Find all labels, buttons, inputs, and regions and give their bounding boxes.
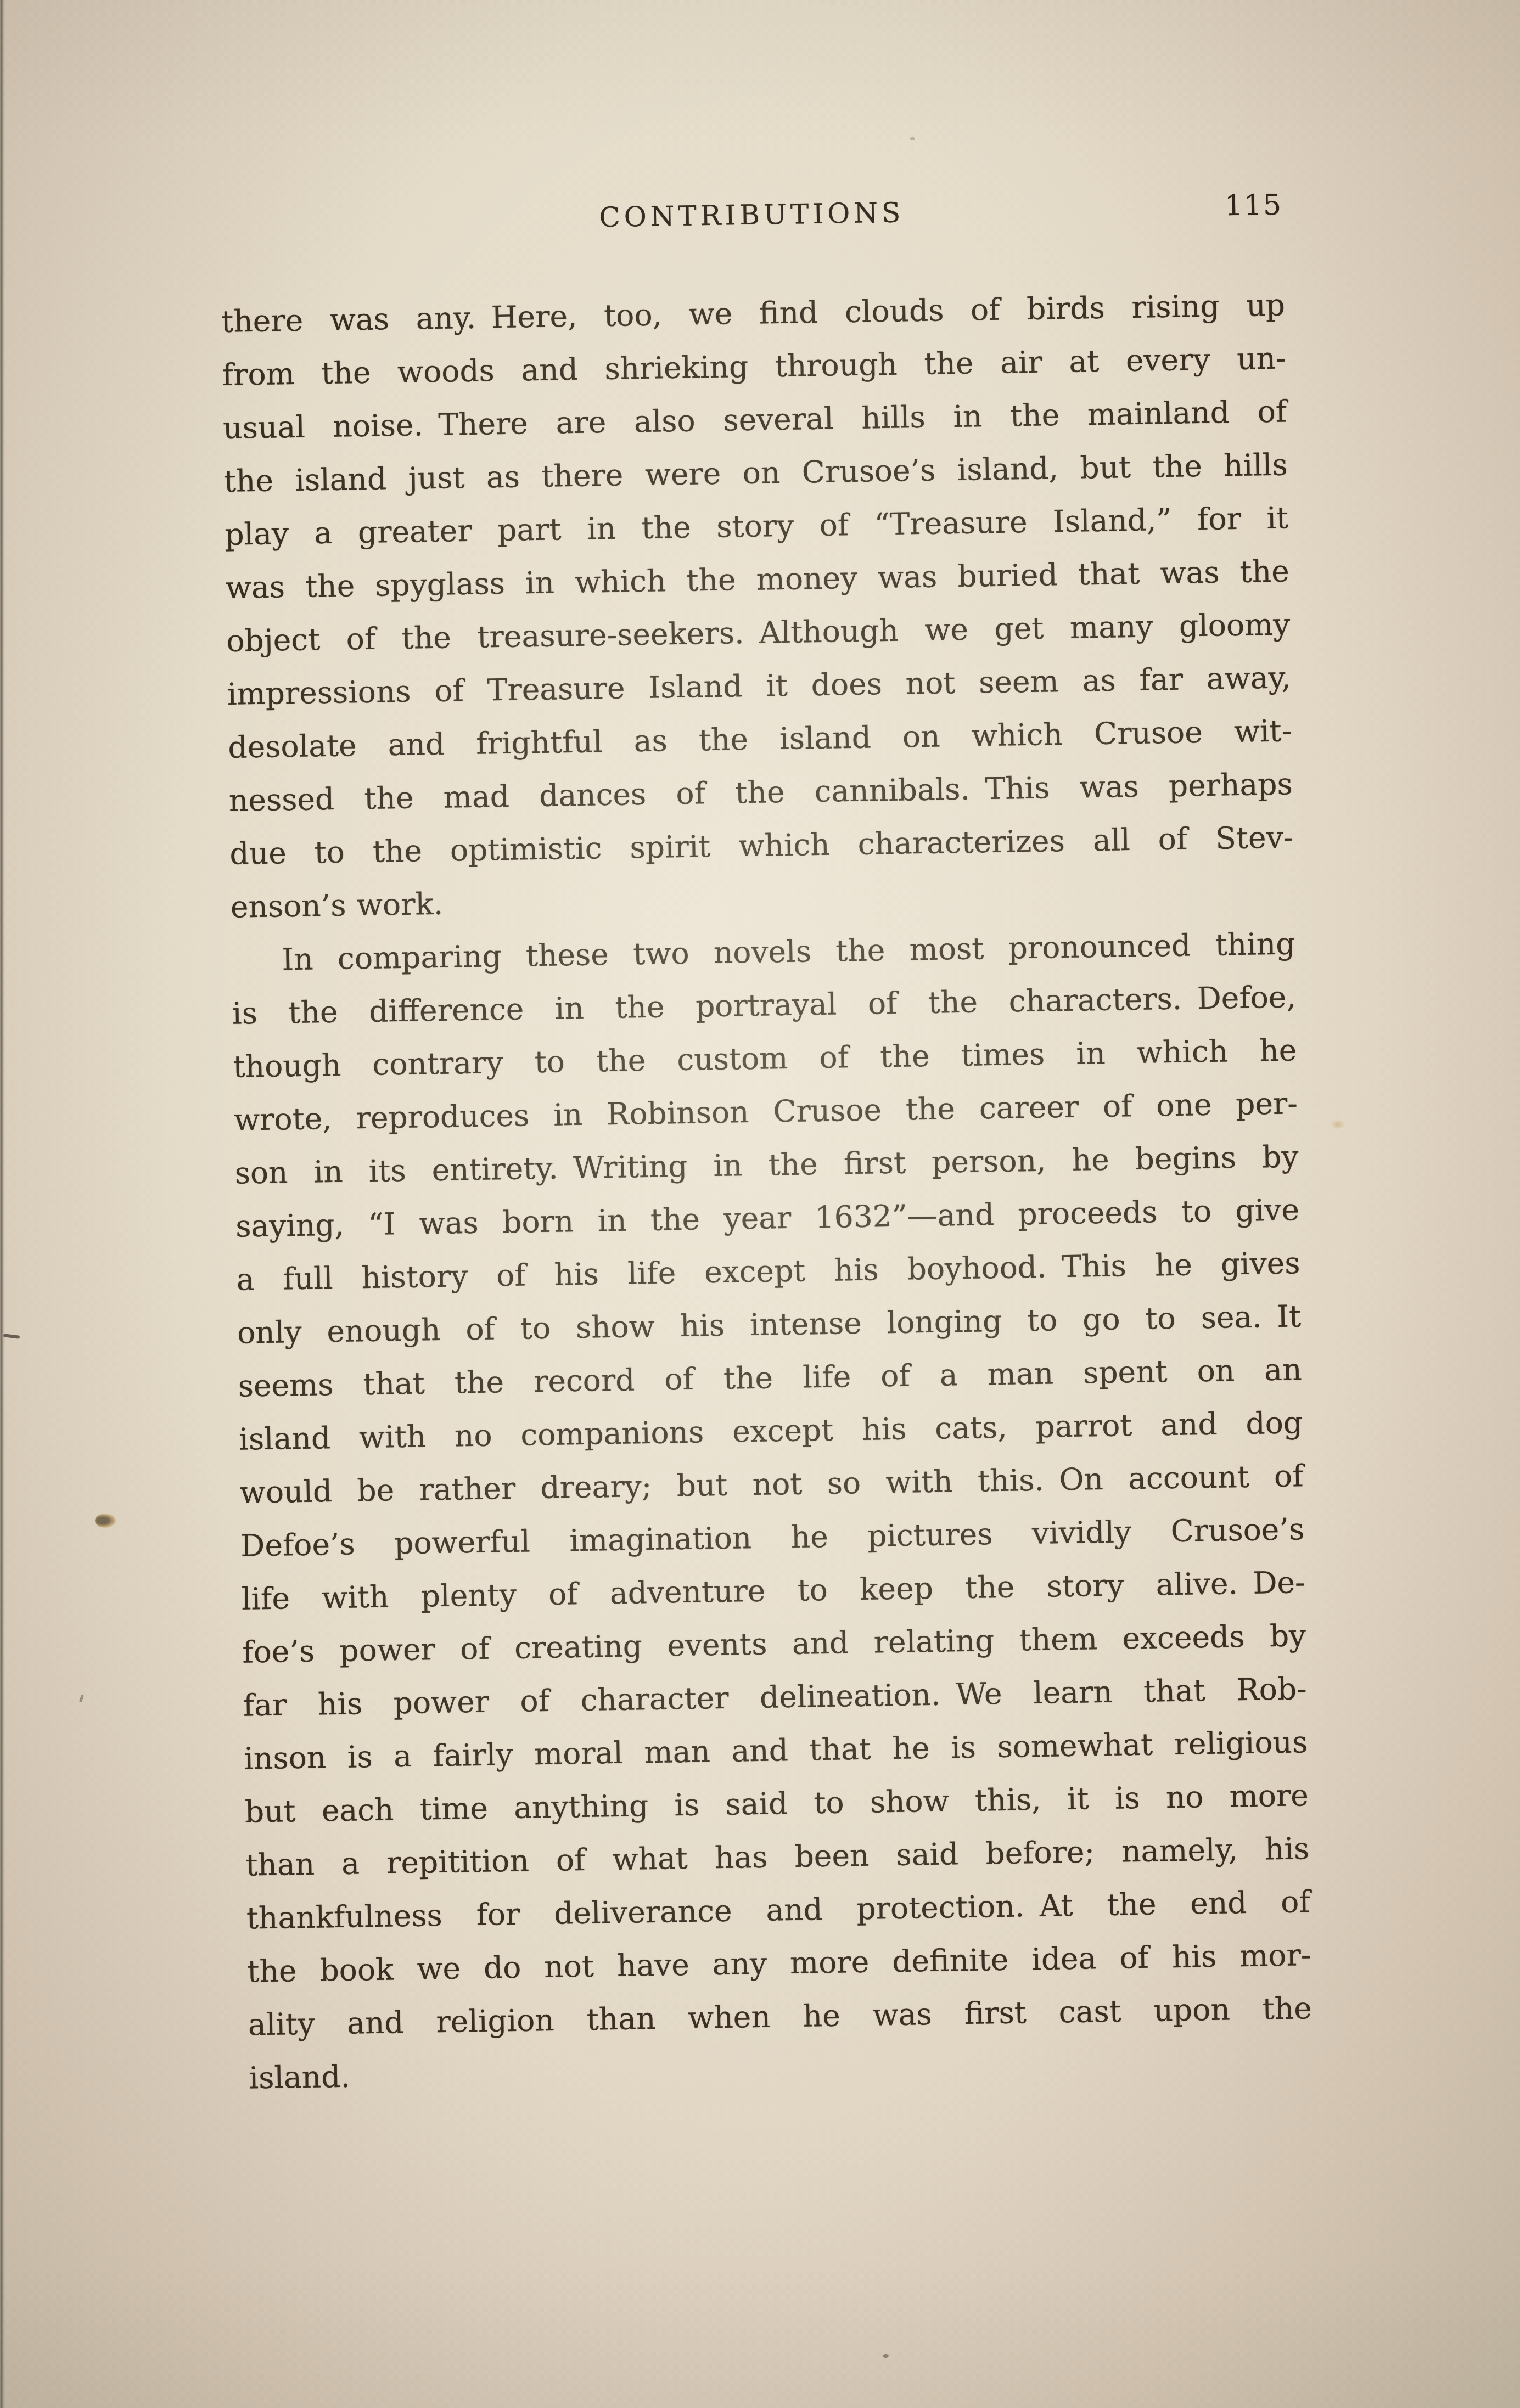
margin-ink-tick — [79, 1695, 84, 1703]
page-number: 115 — [1224, 189, 1282, 223]
book-page-scan: CONTRIBUTIONS 115 there was any. Here, t… — [0, 0, 1520, 2408]
running-header: CONTRIBUTIONS 115 — [220, 191, 1284, 241]
scan-binding-edge — [0, 0, 5, 2408]
paragraph-2: In comparing these two novels the most p… — [231, 917, 1313, 2105]
paper-speck — [883, 2354, 889, 2358]
paper-stain-blot — [95, 1514, 116, 1528]
paper-speck — [910, 137, 915, 140]
page-content: CONTRIBUTIONS 115 there was any. Here, t… — [220, 191, 1313, 2105]
paper-yellow-stain — [1331, 1119, 1345, 1129]
margin-ink-dash — [3, 1334, 20, 1339]
body-text: there was any. Here, too, we find clouds… — [221, 279, 1314, 2105]
running-header-title: CONTRIBUTIONS — [220, 191, 1284, 239]
paragraph-1: there was any. Here, too, we find clouds… — [221, 279, 1295, 934]
